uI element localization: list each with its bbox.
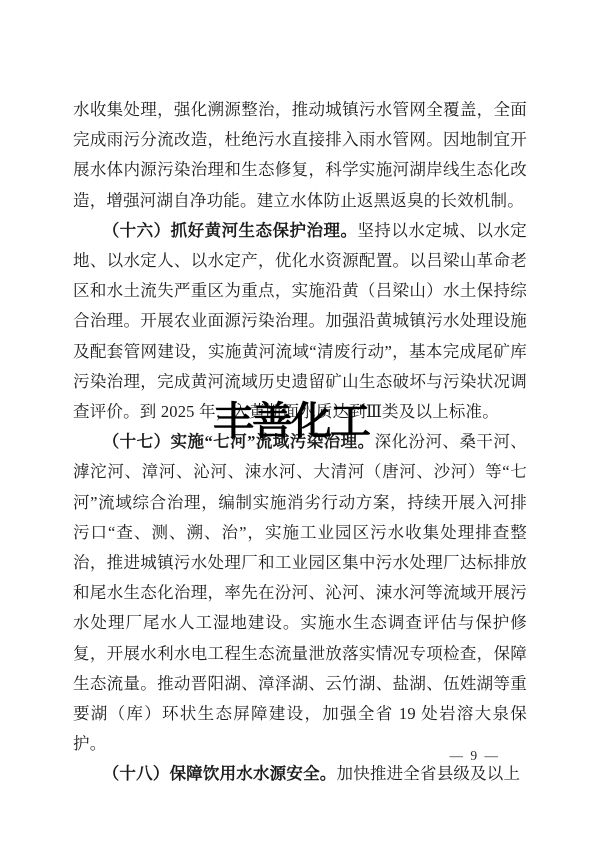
watermark-stamp: 丰善化工 (213, 402, 369, 441)
page-number: — 9 — (450, 748, 501, 764)
clause-body: 深化汾河、桑干河、滹沱河、漳河、沁河、涑水河、大清河（唐河、沙河）等“七河”流域… (73, 432, 527, 753)
clause-heading: （十八）保障饮用水水源安全。 (103, 764, 337, 783)
paragraph: （十七）实施“七河”流域污染治理。深化汾河、桑干河、滹沱河、漳河、沁河、涑水河、… (73, 427, 527, 759)
clause-body: 加快推进全省县级及以上 (337, 764, 521, 783)
clause-body: 坚持以水定城、以水定地、以水定人、以水定产，优化水资源配置。以吕梁山革命老区和水… (73, 221, 527, 421)
document-page: 水收集处理，强化溯源整治，推动城镇污水管网全覆盖，全面完成雨污分流改造，杜绝污水… (0, 0, 600, 848)
paragraph: （十六）抓好黄河生态保护治理。坚持以水定城、以水定地、以水定人、以水定产，优化水… (73, 216, 527, 427)
clause-body: 水收集处理，强化溯源整治，推动城镇污水管网全覆盖，全面完成雨污分流改造，杜绝污水… (73, 100, 527, 210)
paragraph: 水收集处理，强化溯源整治，推动城镇污水管网全覆盖，全面完成雨污分流改造，杜绝污水… (73, 95, 527, 216)
clause-heading: （十六）抓好黄河生态保护治理。 (103, 221, 358, 240)
